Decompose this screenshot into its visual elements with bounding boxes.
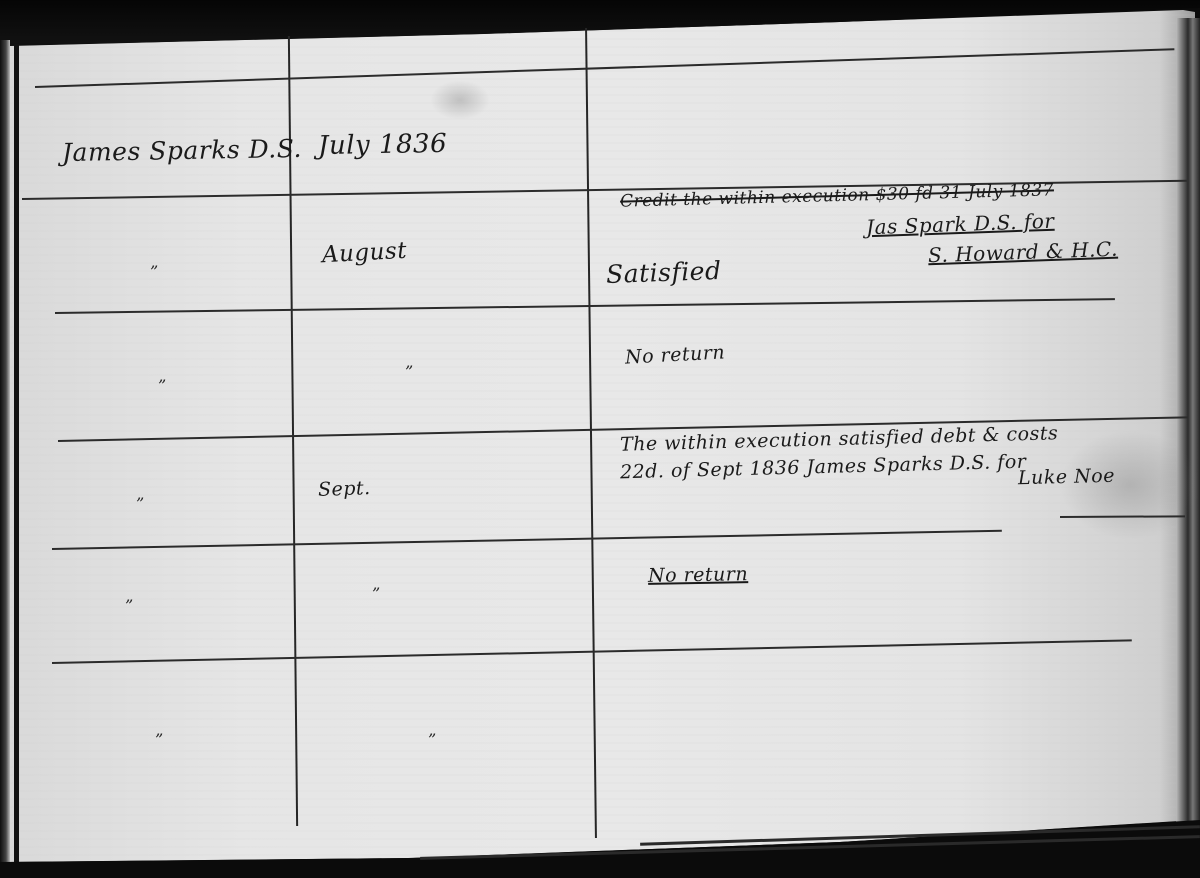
row-3-date-ditto: ” [405, 362, 413, 381]
row-3-name-ditto: ” [158, 376, 166, 395]
row-4-remark-line-3: Luke Noe [1018, 465, 1116, 490]
left-margin-rule [14, 44, 19, 864]
row-4-name-ditto: ” [136, 494, 144, 513]
ink-smudge [430, 80, 490, 120]
row-6-date-ditto: ” [428, 730, 436, 749]
page-stack-edge [1176, 18, 1200, 838]
row-1-date: July 1836 [318, 129, 448, 161]
row-6-name-ditto: ” [155, 730, 163, 749]
row-4-date: Sept. [318, 477, 371, 501]
row-5-date-ditto: ” [372, 584, 380, 603]
row-5-name-ditto: ” [125, 596, 133, 615]
row-1-name: James Sparks D.S. [62, 134, 302, 167]
row-5-remark: No return [648, 563, 748, 587]
row-2-name-ditto: ” [150, 262, 158, 281]
row-2-remark-status: Satisfied [606, 256, 722, 289]
row-2-date: August [321, 238, 407, 268]
book-binding [0, 40, 10, 868]
